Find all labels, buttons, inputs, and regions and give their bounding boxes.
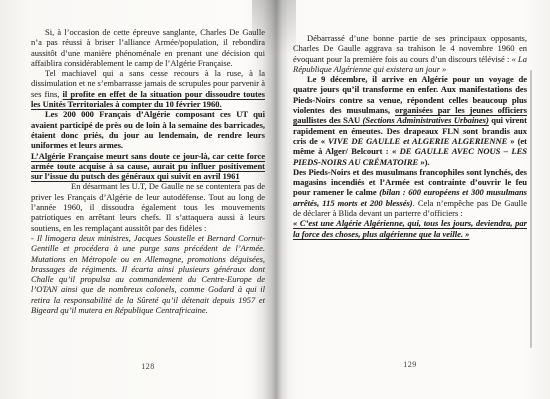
- book-spread-scan: Si, à l’occasion de cette épreuve sangla…: [0, 0, 550, 399]
- paragraph: « C’est une Algérie Algérienne, qui, tou…: [293, 218, 527, 239]
- paragraph: Si, à l’occasion de cette épreuve sangla…: [31, 27, 265, 68]
- paragraph-text: Les 200 000 Français d’Algérie composant…: [31, 109, 265, 150]
- paragraph-text: En désarmant les U.T, De Gaulle ne se co…: [31, 181, 265, 232]
- paragraph-text: »).: [418, 157, 429, 167]
- paragraph: Les 200 000 Français d’Algérie composant…: [31, 109, 265, 150]
- paragraph-text: Débarrassé d’une bonne partie de ses pri…: [293, 33, 527, 64]
- paragraph: Le 9 décembre, il arrive en Algérie pour…: [293, 74, 527, 167]
- page-number: 128: [31, 362, 265, 371]
- quote-text: « C’est une Algérie Algérienne, qui, tou…: [293, 218, 527, 238]
- paragraph: Des Pieds-Noirs et des musulmans francop…: [293, 167, 527, 218]
- page-edge-line: [530, 70, 532, 348]
- paragraph: En désarmant les U.T, De Gaulle ne se co…: [31, 181, 265, 232]
- left-page-text: Si, à l’occasion de cette épreuve sangla…: [31, 27, 265, 315]
- paragraph: L’Algérie Française meurt sans doute ce …: [31, 151, 265, 182]
- paragraph: - Il limogera deux ministres, Jacques So…: [31, 233, 265, 315]
- paragraph: Tel machiavel qui a sans cesse recours à…: [31, 68, 265, 109]
- emphasized-text: (Sections Administratives Urbaines): [363, 115, 489, 125]
- page-number: 129: [293, 360, 527, 369]
- left-page: Si, à l’occasion de cette épreuve sangla…: [0, 0, 282, 399]
- right-page-text: Débarrassé d’une bonne partie de ses pri…: [293, 33, 527, 239]
- slogan-text: VIVE DE GAULLE et ALGERIE ALGERIENNE: [328, 136, 507, 146]
- paragraph: Débarrassé d’une bonne partie de ses pri…: [293, 33, 527, 74]
- right-page: Débarrassé d’une bonne partie de ses pri…: [282, 0, 550, 399]
- emphasized-text: il profite en effet de la situation pour…: [31, 89, 265, 109]
- emphasized-text: L’Algérie Française meurt sans doute ce …: [31, 151, 265, 182]
- paragraph-text: - Il limogera deux ministres, Jacques So…: [31, 233, 265, 315]
- paragraph-text: Si, à l’occasion de cette épreuve sangla…: [31, 27, 265, 68]
